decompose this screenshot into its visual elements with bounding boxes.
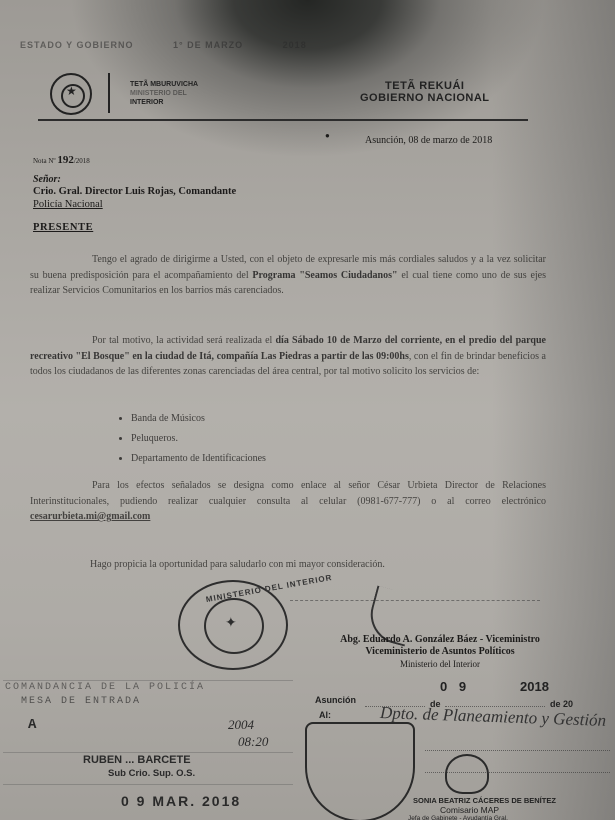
contact-email-link[interactable]: cesarurbieta.mi@gmail.com xyxy=(30,511,150,522)
reception-officer-rank: Sub Crio. Sup. O.S. xyxy=(108,768,195,779)
reception-stamp-line-1: COMANDANCIA DE LA POLICÍA xyxy=(5,682,205,693)
note-suffix: /2018 xyxy=(74,157,90,165)
routing-officer-rank: Comisario MAP xyxy=(440,805,499,815)
asuncion-label: Asunción xyxy=(315,695,356,705)
list-item: Peluqueros. xyxy=(131,429,266,449)
ministry-line-3: INTERIOR xyxy=(130,98,198,107)
note-number-value: 192 xyxy=(57,154,74,166)
paragraph-activity: Por tal motivo, la actividad será realiz… xyxy=(30,333,546,380)
handwritten-entry-time: 08:20 xyxy=(238,734,268,750)
ministry-logo-text: TETÃ MBURUVICHA MINISTERIO DEL INTERIOR xyxy=(130,80,198,107)
dot-mark: ● xyxy=(325,131,330,140)
stamp-rule xyxy=(3,784,293,785)
top-strip-text-1: ESTADO Y GOBIERNO xyxy=(20,40,134,50)
commissioner-signature xyxy=(445,754,489,794)
note-prefix: Nota Nº xyxy=(33,157,56,165)
stamp-rule xyxy=(3,680,293,681)
closing-line: Hago propicia la oportunidad para saluda… xyxy=(30,557,546,573)
signer-name: Abg. Eduardo A. González Báez - Vicemini… xyxy=(300,634,580,646)
reception-stamp-line-2: MESA DE ENTRADA xyxy=(21,696,141,707)
top-strip-text-2: 1° DE MARZO xyxy=(173,40,243,50)
paragraph-contact: Para los efectos señalados se designa co… xyxy=(30,478,546,525)
routing-date-year: 2018 xyxy=(520,679,549,694)
addressee: Crio. Gral. Director Luis Rojas, Comanda… xyxy=(33,186,236,197)
signer-office: Viceministerio de Asuntos Políticos xyxy=(300,646,580,658)
dotted-line xyxy=(425,750,610,751)
de-20-label: de 20 xyxy=(550,699,573,709)
addressee-organization: Policía Nacional xyxy=(33,199,103,210)
police-shield-stamp-icon xyxy=(305,722,415,820)
signer-ministry: Ministerio del Interior xyxy=(300,658,580,670)
letter-date: Asunción, 08 de marzo de 2018 xyxy=(365,135,492,146)
gov-logo-line-2: GOBIERNO NACIONAL xyxy=(360,92,490,104)
salutation: Señor: xyxy=(33,174,61,185)
stamp-rule xyxy=(3,752,293,753)
star-icon: ★ xyxy=(66,84,77,99)
p2-text-a: Por tal motivo, la actividad será realiz… xyxy=(92,335,275,346)
reception-stamp: COMANDANCIA DE LA POLICÍA MESA DE ENTRAD… xyxy=(3,672,303,812)
ministry-line-2: MINISTERIO DEL xyxy=(130,89,198,98)
paraguay-seal-logo: ★ xyxy=(50,73,112,115)
list-item: Departamento de Identificaciones xyxy=(131,449,266,469)
p3-text-a: Para los efectos señalados se designa co… xyxy=(30,480,546,507)
presente-heading: PRESENTE xyxy=(33,222,93,233)
list-item: Banda de Músicos xyxy=(131,409,266,429)
services-list: Banda de Músicos Peluqueros. Departament… xyxy=(115,409,266,469)
routing-date-day: 0 9 xyxy=(440,679,470,694)
reception-stamp-letter: A xyxy=(28,717,36,733)
ministry-line-1: TETÃ MBURUVICHA xyxy=(130,80,198,89)
handwritten-entry-number: 2004 xyxy=(228,717,254,733)
paragraph-intro: Tengo el agrado de dirigirme a Usted, co… xyxy=(30,252,546,299)
note-number: Nota Nº 192/2018 xyxy=(33,154,90,166)
signer-block: Abg. Eduardo A. González Báez - Vicemini… xyxy=(300,634,580,670)
routing-officer-name: SONIA BEATRIZ CÁCERES DE BENÍTEZ xyxy=(413,796,556,805)
logo-divider xyxy=(108,73,110,113)
reception-date-stamp: 0 9 MAR. 2018 xyxy=(121,793,241,809)
government-logo: TETÃ REKUÁI GOBIERNO NACIONAL xyxy=(360,80,490,104)
program-name: Programa "Seamos Ciudadanos" xyxy=(252,270,397,281)
top-strip-text-3: 2018 xyxy=(283,40,307,50)
gov-logo-line-1: TETÃ REKUÁI xyxy=(360,80,490,92)
scanned-letter-page: ESTADO Y GOBIERNO 1° DE MARZO 2018 ★ TET… xyxy=(0,0,615,820)
header-divider xyxy=(38,119,528,121)
routing-stamp: 0 9 2018 Asunción de de 20 Al: Dpto. de … xyxy=(305,672,615,820)
routing-officer-post: Jefa de Gabinete - Ayudantía Gral. xyxy=(408,815,508,820)
reception-officer-name: RUBEN ... BARCETE xyxy=(83,754,191,766)
al-label: Al: xyxy=(319,710,331,720)
top-letterhead-strip: ESTADO Y GOBIERNO 1° DE MARZO 2018 xyxy=(20,40,343,50)
